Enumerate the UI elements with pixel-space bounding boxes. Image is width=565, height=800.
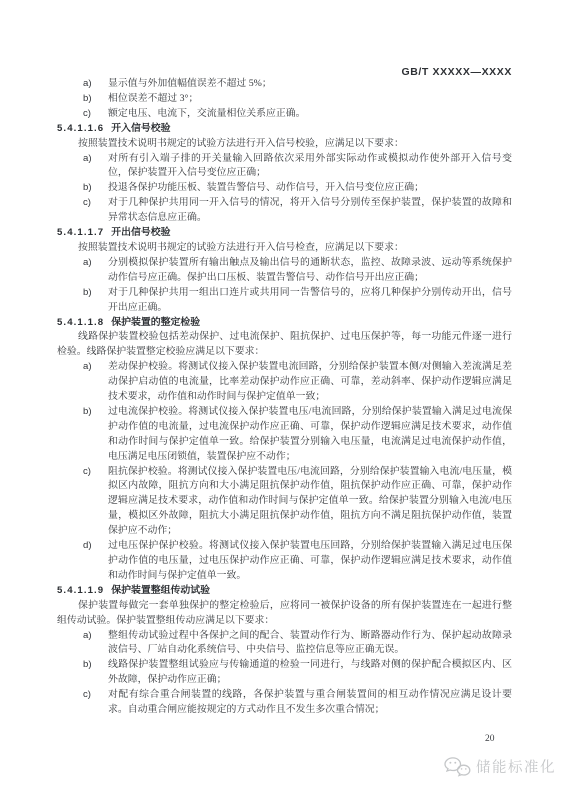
section-paragraph: 按照装置技术说明书规定的试验方法进行开入信号检查，应满足以下要求：: [57, 241, 512, 256]
list-item: a) 差动保护校验。将测试仪接入保护装置电流回路，分别给保护装置本侧/对侧输入差…: [57, 360, 512, 405]
list-item: d) 过电压保护保护校验。将测试仪接入保护装置电压回路，分别给保护装置输入满足过…: [57, 539, 512, 584]
section-number: 5.4.1.1.8: [57, 317, 104, 328]
list-item-label: b): [83, 286, 92, 301]
list-item-text: 过电压保护保护校验。将测试仪接入保护装置电压回路，分别给保护装置输入满足过电压保…: [108, 540, 512, 581]
section-title: 保护装置整组传动试验: [111, 585, 210, 596]
section-paragraph: 按照装置技术说明书规定的试验方法进行开入信号校验，应满足以下要求：: [57, 137, 512, 152]
section-number: 5.4.1.1.9: [57, 585, 104, 596]
section-title: 保护装置的整定检验: [111, 317, 200, 328]
list-item: a) 分别模拟保护装置所有输出触点及输出信号的通断状态，监控、故障录波、远动等系…: [57, 256, 512, 286]
list-item: a) 对所有引入端子排的开关量输入回路依次采用外部实际动作或模拟动作使外部开入信…: [57, 152, 512, 182]
list-item: c) 额定电压、电流下，交流量相位关系应正确。: [57, 107, 512, 122]
section-paragraph: 线路保护装置校验包括差动保护、过电流保护、阻抗保护、过电压保护等，每一功能元件逐…: [57, 330, 512, 360]
list-item-label: a): [83, 77, 92, 92]
document-page: GB/T XXXXX—XXXX a) 显示值与外加值幅值误差不超过 5%； b)…: [0, 0, 565, 800]
section-heading: 5.4.1.1.8保护装置的整定检验: [57, 316, 512, 331]
list-item: c) 阻抗保护校验。将测试仪接入保护装置电压/电流回路，分别给保护装置输入电流/…: [57, 465, 512, 540]
list-item: c) 对于几种保护共用同一开入信号的情况，将开入信号分别传至保护装置，保护装置的…: [57, 196, 512, 226]
list-item: b) 对于几种保护共用一组出口连片或共用同一告警信号的，应将几种保护分别传动开出…: [57, 286, 512, 316]
list-item-text: 阻抗保护校验。将测试仪接入保护装置电压/电流回路，分别给保护装置输入电流/电压量…: [108, 466, 512, 537]
list-item: b) 投退各保护功能压板、装置告警信号、动作信号，开入信号变位应正确；: [57, 181, 512, 196]
list-item-text: 整组传动试验过程中各保护之间的配合、装置动作行为、断路器动作行为、保护起动故障录…: [108, 630, 512, 656]
list-item: a) 整组传动试验过程中各保护之间的配合、装置动作行为、断路器动作行为、保护起动…: [57, 629, 512, 659]
document-content: a) 显示值与外加值幅值误差不超过 5%； b) 相位误差不超过 3°； c) …: [57, 77, 512, 718]
list-item-label: a): [83, 152, 92, 167]
list-item: c) 对配有综合重合闸装置的线路，各保护装置与重合闸装置间的相互动作情况应满足设…: [57, 688, 512, 718]
list-item-label: c): [83, 688, 91, 703]
watermark: 储能标准化: [444, 756, 556, 777]
section-heading: 5.4.1.1.6开入信号校验: [57, 122, 512, 137]
list-item: b) 相位误差不超过 3°；: [57, 92, 512, 107]
list-item-label: c): [83, 465, 91, 480]
list-item-label: b): [83, 658, 92, 673]
list-item-text: 额定电压、电流下，交流量相位关系应正确。: [108, 108, 306, 119]
section-title: 开入信号校验: [111, 123, 170, 134]
list-item-label: a): [83, 629, 92, 644]
list-item-label: a): [83, 256, 92, 271]
list-item-text: 线路保护装置整组试验应与传输通道的检验一同进行，与线路对侧的保护配合模拟区内、区…: [108, 659, 512, 685]
section-heading: 5.4.1.1.7开出信号校验: [57, 226, 512, 241]
section-number: 5.4.1.1.6: [57, 123, 104, 134]
list-item-text: 对配有综合重合闸装置的线路，各保护装置与重合闸装置间的相互动作情况应满足设计要求…: [108, 689, 512, 715]
list-item-text: 投退各保护功能压板、装置告警信号、动作信号，开入信号变位应正确；: [108, 182, 424, 193]
list-item-label: c): [83, 107, 91, 122]
list-item-label: d): [83, 539, 92, 554]
list-item-label: b): [83, 181, 92, 196]
list-item: b) 过电流保护校验。将测试仪接入保护装置电压/电流回路，分别给保护装置输入满足…: [57, 405, 512, 465]
list-item-text: 对于几种保护共用同一开入信号的情况，将开入信号分别传至保护装置，保护装置的故障和…: [108, 197, 512, 223]
watermark-label: 储能标准化: [476, 756, 556, 777]
list-item: b) 线路保护装置整组试验应与传输通道的检验一同进行，与线路对侧的保护配合模拟区…: [57, 658, 512, 688]
list-item-label: b): [83, 405, 92, 420]
list-item-label: b): [83, 92, 92, 107]
list-item-text: 过电流保护校验。将测试仪接入保护装置电压/电流回路，分别给保护装置输入满足过电流…: [108, 406, 512, 462]
list-item-text: 差动保护校验。将测试仪接入保护装置电流回路，分别给保护装置本侧/对侧输入差流满足…: [108, 361, 512, 402]
list-item: a) 显示值与外加值幅值误差不超过 5%；: [57, 77, 512, 92]
list-item-label: a): [83, 360, 92, 375]
list-item-text: 相位误差不超过 3°；: [108, 93, 198, 104]
section-title: 开出信号校验: [111, 227, 170, 238]
list-item-text: 对所有引入端子排的开关量输入回路依次采用外部实际动作或模拟动作使外部开入信号变位…: [108, 153, 512, 179]
section-paragraph: 保护装置每做完一套单独保护的整定检验后，应将同一被保护设备的所有保护装置连在一起…: [57, 599, 512, 629]
list-item-label: c): [83, 196, 91, 211]
list-item-text: 对于几种保护共用一组出口连片或共用同一告警信号的，应将几种保护分别传动开出，信号…: [108, 287, 512, 313]
page-number: 20: [485, 734, 495, 744]
list-item-text: 显示值与外加值幅值误差不超过 5%；: [108, 78, 272, 89]
section-number: 5.4.1.1.7: [57, 227, 104, 238]
wechat-icon: [444, 756, 471, 777]
section-heading: 5.4.1.1.9保护装置整组传动试验: [57, 584, 512, 599]
list-item-text: 分别模拟保护装置所有输出触点及输出信号的通断状态，监控、故障录波、远动等系统保护…: [108, 257, 512, 283]
